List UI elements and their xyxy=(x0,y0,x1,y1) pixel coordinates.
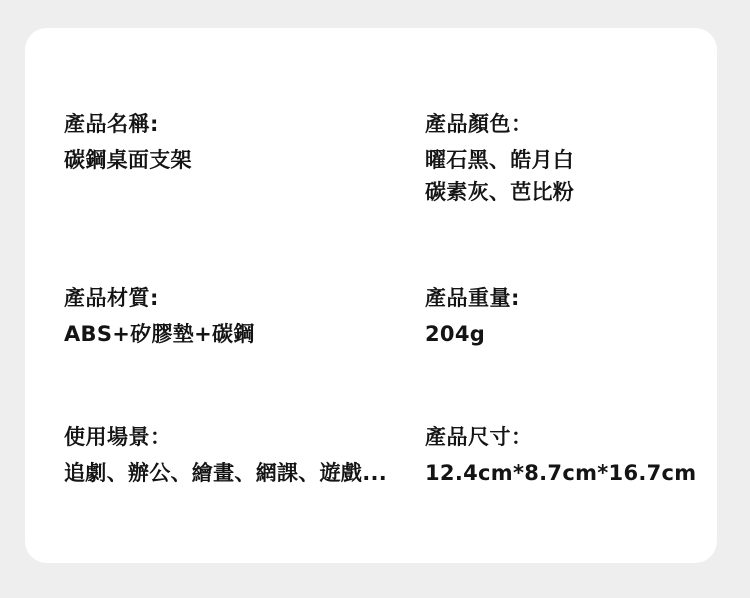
product-spec-card: 產品名稱: 碳鋼桌面支架 產品顏色： 曜石黑、皓月白 碳素灰、芭比粉 產品材質:… xyxy=(25,28,717,563)
spec-label-product-size: 產品尺寸： xyxy=(425,421,696,453)
spec-value-product-size: 12.4cm*8.7cm*16.7cm xyxy=(425,457,696,489)
spec-field-product-name: 產品名稱: 碳鋼桌面支架 xyxy=(64,108,192,176)
spec-value-product-material: ABS+矽膠墊+碳鋼 xyxy=(64,318,255,350)
spec-value-product-color-line2: 碳素灰、芭比粉 xyxy=(425,176,574,208)
spec-value-product-name: 碳鋼桌面支架 xyxy=(64,144,192,176)
spec-label-product-color: 產品顏色： xyxy=(425,108,574,140)
spec-label-product-material: 產品材質: xyxy=(64,282,255,314)
spec-label-product-weight: 產品重量: xyxy=(425,282,520,314)
spec-value-product-color-line1: 曜石黑、皓月白 xyxy=(425,144,574,176)
spec-label-product-name: 產品名稱: xyxy=(64,108,192,140)
spec-value-product-weight: 204g xyxy=(425,318,520,350)
spec-field-usage-scenarios: 使用場景： 追劇、辦公、繪畫、網課、遊戲... xyxy=(64,421,387,489)
spec-field-product-size: 產品尺寸： 12.4cm*8.7cm*16.7cm xyxy=(425,421,696,489)
spec-field-product-material: 產品材質: ABS+矽膠墊+碳鋼 xyxy=(64,282,255,350)
spec-field-product-weight: 產品重量: 204g xyxy=(425,282,520,350)
spec-value-usage-scenarios: 追劇、辦公、繪畫、網課、遊戲... xyxy=(64,457,387,489)
spec-label-usage-scenarios: 使用場景： xyxy=(64,421,387,453)
spec-field-product-color: 產品顏色： 曜石黑、皓月白 碳素灰、芭比粉 xyxy=(425,108,574,208)
